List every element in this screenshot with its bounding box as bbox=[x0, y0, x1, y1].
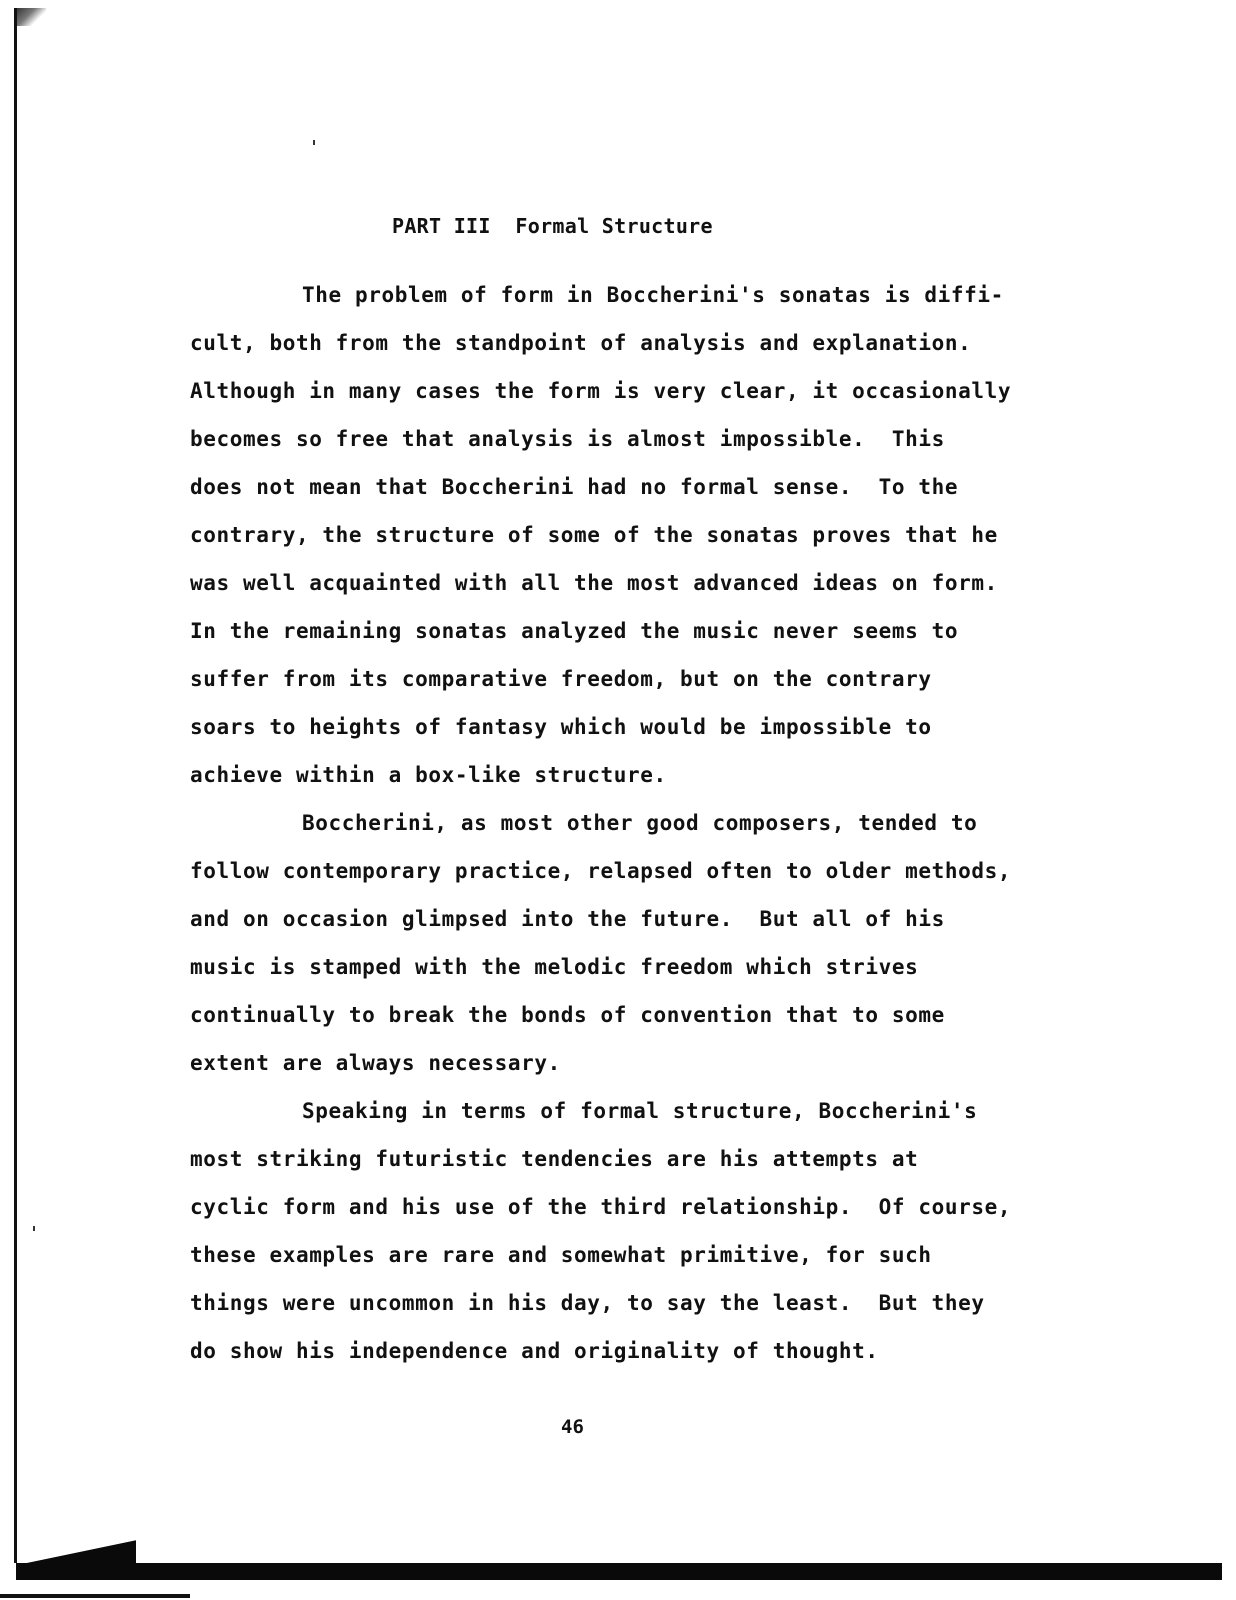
text-line: cyclic form and his use of the third rel… bbox=[190, 1194, 1011, 1220]
text-line: achieve within a box-like structure. bbox=[190, 762, 667, 788]
text-line: Although in many cases the form is very … bbox=[190, 378, 1011, 404]
section-heading: PART III Formal Structure bbox=[392, 214, 713, 238]
text-line: and on occasion glimpsed into the future… bbox=[190, 906, 945, 932]
text-line: extent are always necessary. bbox=[190, 1050, 561, 1076]
page-number: 46 bbox=[561, 1416, 584, 1438]
text-line: things were uncommon in his day, to say … bbox=[190, 1290, 985, 1316]
text-line: The problem of form in Boccherini's sona… bbox=[302, 282, 1004, 308]
text-line: music is stamped with the melodic freedo… bbox=[190, 954, 918, 980]
text-line: these examples are rare and somewhat pri… bbox=[190, 1242, 932, 1268]
text-line: do show his independence and originality… bbox=[190, 1338, 879, 1364]
text-line: most striking futuristic tendencies are … bbox=[190, 1146, 918, 1172]
text-line: continually to break the bonds of conven… bbox=[190, 1002, 945, 1028]
text-line: soars to heights of fantasy which would … bbox=[190, 714, 932, 740]
scan-corner-artifact bbox=[16, 8, 46, 26]
scan-speck bbox=[33, 1226, 35, 1231]
scan-bottom-thin-line bbox=[0, 1594, 190, 1598]
text-line: contrary, the structure of some of the s… bbox=[190, 522, 998, 548]
scan-bottom-border bbox=[16, 1563, 1222, 1580]
text-line: suffer from its comparative freedom, but… bbox=[190, 666, 932, 692]
scan-speck bbox=[313, 140, 315, 145]
text-line: Speaking in terms of formal structure, B… bbox=[302, 1098, 977, 1124]
text-line: Boccherini, as most other good composers… bbox=[302, 810, 977, 836]
text-line: becomes so free that analysis is almost … bbox=[190, 426, 945, 452]
text-line: follow contemporary practice, relapsed o… bbox=[190, 858, 1011, 884]
text-line: was well acquainted with all the most ad… bbox=[190, 570, 998, 596]
text-line: does not mean that Boccherini had no for… bbox=[190, 474, 958, 500]
scan-bottom-curve bbox=[16, 1540, 136, 1565]
text-line: cult, both from the standpoint of analys… bbox=[190, 330, 971, 356]
text-line: In the remaining sonatas analyzed the mu… bbox=[190, 618, 958, 644]
scan-left-border bbox=[14, 8, 17, 1563]
